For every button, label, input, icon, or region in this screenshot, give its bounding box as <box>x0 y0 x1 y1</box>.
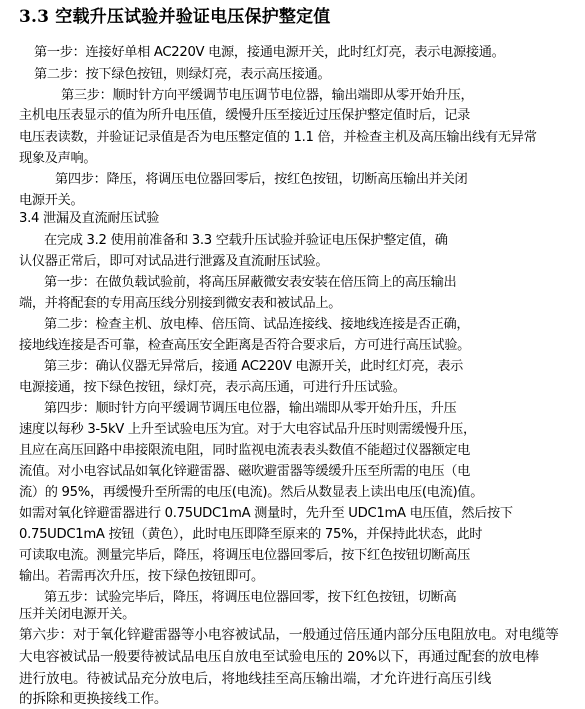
s34-step-6-line-3: 进行放电。待被试品充分放电后，将地线挂至高压输出端，才允许进行高压引线 <box>19 671 491 688</box>
s34-step-6-line-2: 大电容被试品一般要待被试品电压自放电至试验电压的 20%以下，再通过配套的放电棒 <box>19 649 539 666</box>
s34-step-3-line-1: 第三步：确认仪器无异常后，接通 AC220V 电源开关，此时红灯亮，表示 <box>44 358 463 375</box>
s34-step-6-line-4: 的拆除和更换接线工作。 <box>19 691 167 708</box>
s34-step-4-line-9: 输出。若需再次升压，按下绿色按钮即可。 <box>19 568 264 585</box>
s34-step-2-line-2: 接地线连接是否可靠，检查高压安全距离是否符合要求后，方可进行高压试验。 <box>19 337 470 354</box>
s34-step-1-line-2: 端，并将配套的专用高压线分别接到微安表和被试品上。 <box>19 295 341 312</box>
s34-step-4-line-4: 流值。对小电容试品如氧化锌避雷器、磁吹避雷器等缓缓升压至所需的电压（电 <box>19 463 470 480</box>
document-page: 3.3 空载升压试验并验证电压保护整定值 第一步：连接好单相 AC220V 电源… <box>0 0 585 709</box>
step-3-line-2: 主机电压表显示的值为所升电压值，缓慢升压至接近过压保护整定值时后，记录 <box>19 107 470 124</box>
s34-step-4-line-1: 第四步：顺时针方向平缓调节调压电位器，输出端即从零开始升压，升压 <box>44 400 456 417</box>
s34-step-4-line-3: 且应在高压回路中串接限流电阻，同时监视电流表表头数值不能超过仪器额定电 <box>19 442 470 459</box>
s34-step-4-line-5: 流）的 95%，再缓慢升至所需的电压(电流)。然后从数显表上读出电压(电流)值。 <box>19 484 483 501</box>
s34-step-2-line-1: 第二步：检查主机、放电棒、倍压筒、试品连接线、接地线连接是否正确， <box>44 316 469 333</box>
section-3-3-title: 3.3 空载升压试验并验证电压保护整定值 <box>19 6 331 28</box>
step-4-line-1: 第四步：降压，将调压电位器回零后，按红色按钮，切断高压输出并关闭 <box>55 171 467 188</box>
step-3-line-3: 电压表读数，并验证记录值是否为电压整定值的 1.1 倍，并检查主机及高压输出线有… <box>19 129 537 146</box>
s34-step-5-line-1: 第五步：试验完毕后，降压，将调压电位器回零，按下红色按钮，切断高 <box>44 589 456 606</box>
step-3-line-4: 现象及声响。 <box>19 150 96 167</box>
section-3-4-title: 3.4 泄漏及直流耐压试验 <box>19 210 159 227</box>
s34-step-1-line-1: 第一步：在做负载试验前，将高压屏蔽微安表安装在倍压筒上的高压输出 <box>44 274 456 291</box>
s34-step-5-line-2: 压并关闭电源开关。 <box>19 606 135 623</box>
s34-step-4-line-2: 速度以每秒 3-5kV 上升至试验电压为宜。对于大电容试品升压时则需缓慢升压， <box>19 421 476 438</box>
step-1-line: 第一步：连接好单相 AC220V 电源，接通电源开关，此时红灯亮，表示电源接通。 <box>34 44 505 61</box>
s34-step-4-line-7: 0.75UDC1mA 按钮（黄色），此时电压即降至原来的 75%，并保持此状态，… <box>19 526 482 543</box>
intro-line-1: 在完成 3.2 使用前准备和 3.3 空载升压试验并验证电压保护整定值，确 <box>44 232 448 249</box>
s34-step-4-line-6: 如需对氧化锌避雷器进行 0.75UDC1mA 测量时，先升至 UDC1mA 电压… <box>19 505 513 522</box>
step-3-line-1: 第三步：顺时针方向平缓调节电压调节电位器，输出端即从零开始升压， <box>61 87 473 104</box>
intro-line-2: 认仪器正常后，即可对试品进行泄露及直流耐压试验。 <box>19 253 328 270</box>
s34-step-6-line-1: 第六步：对于氧化锌避雷器等小电容被试品，一般通过倍压通内部分压电阻放电。对电缆等 <box>19 627 559 644</box>
s34-step-4-line-8: 可读取电流。测量完毕后，降压，将调压电位器回零后，按下红色按钮切断高压 <box>19 547 470 564</box>
step-4-line-2: 电源开关。 <box>19 192 83 209</box>
step-2-line: 第二步：按下绿色按钮，则绿灯亮，表示高压接通。 <box>34 66 330 83</box>
s34-step-3-line-2: 电源接通，按下绿色按钮，绿灯亮，表示高压通，可进行升压试验。 <box>19 379 406 396</box>
